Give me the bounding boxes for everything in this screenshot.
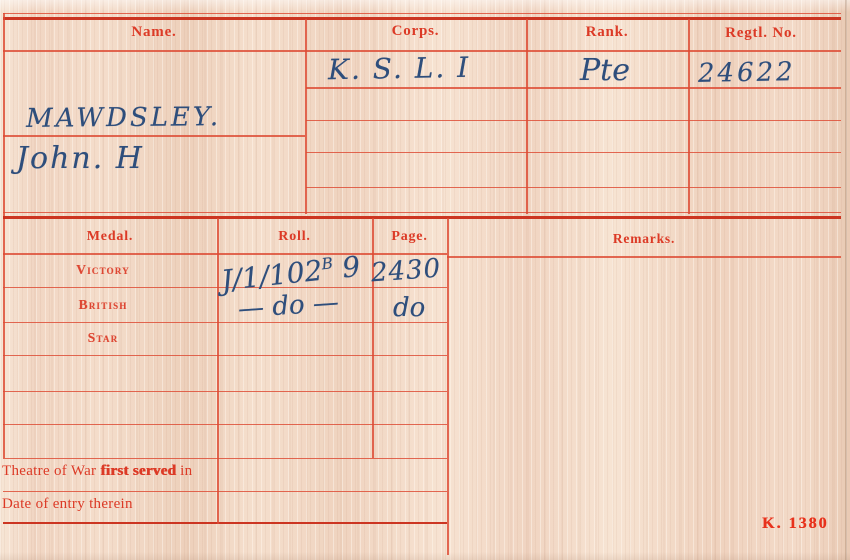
rule-row-blank2 xyxy=(3,424,447,425)
roll-british-main: — do — xyxy=(237,288,340,325)
rule-row-blank3 xyxy=(3,458,447,459)
regtl-no-value: 24622 xyxy=(698,57,796,89)
medal-row-label-star: Star xyxy=(3,330,203,346)
divider-rank-regtl xyxy=(688,19,690,214)
rank-value: Pte xyxy=(580,53,630,88)
regtl-no-column-header: Regtl. No. xyxy=(688,25,834,42)
rule-row-british xyxy=(3,322,447,323)
rule-top-heavy xyxy=(3,17,841,20)
scan-edge-right xyxy=(845,0,847,560)
corps-column-header: Corps. xyxy=(305,23,526,40)
theatre-label-prefix: Theatre of War xyxy=(2,463,100,479)
corps-value: K. S. L. I xyxy=(328,51,471,86)
rule-row-blank1 xyxy=(3,391,447,392)
page-column-header: Page. xyxy=(372,229,447,245)
medal-column-header: Medal. xyxy=(3,229,217,245)
rule-bottom-header-underline xyxy=(3,253,447,255)
rule-mid-heavy xyxy=(3,216,841,219)
rule-top-row2 xyxy=(306,120,841,121)
rule-top-thin xyxy=(3,13,841,14)
theatre-of-war-label: Theatre of War first served in xyxy=(2,463,192,480)
theatre-label-suffix: in xyxy=(176,463,192,479)
divider-medal-roll xyxy=(217,218,219,524)
medal-row-label-british: British xyxy=(3,297,203,313)
medal-row-label-victory: Victory xyxy=(3,262,203,278)
rule-theatre-underline xyxy=(3,491,447,492)
rule-surname-underline xyxy=(3,135,305,137)
roll-value-british: — do — xyxy=(237,288,340,325)
scan-edge-bottom xyxy=(0,552,850,560)
form-number-stamp: K. 1380 xyxy=(762,515,828,533)
rule-top-row4 xyxy=(306,187,841,188)
forename-value: John. H xyxy=(16,141,144,176)
surname-value: MAWDSLEY. xyxy=(26,102,221,134)
page-value-victory: 2430 xyxy=(370,254,442,289)
name-column-header: Name. xyxy=(3,24,305,41)
rule-bottom xyxy=(3,522,447,524)
scan-edge-top xyxy=(0,0,850,12)
divider-corps-rank xyxy=(526,19,528,214)
divider-page-remarks xyxy=(447,218,449,555)
rule-mid-thin xyxy=(3,212,841,213)
date-of-entry-label: Date of entry therein xyxy=(2,496,133,513)
roll-victory-tail: 9 xyxy=(332,250,362,286)
roll-column-header: Roll. xyxy=(217,229,372,245)
medal-index-card: Name. Corps. Rank. Regtl. No. Medal. Rol… xyxy=(0,0,850,560)
rank-column-header: Rank. xyxy=(526,24,688,41)
rule-top-row3 xyxy=(306,152,841,153)
remarks-column-header: Remarks. xyxy=(447,231,841,247)
rule-remarks-underline xyxy=(447,256,841,258)
divider-roll-page xyxy=(372,218,374,458)
rule-row-star xyxy=(3,355,447,356)
divider-name-corps xyxy=(305,19,307,214)
page-value-british: do xyxy=(393,293,425,323)
theatre-label-overinked: first served xyxy=(100,463,176,479)
